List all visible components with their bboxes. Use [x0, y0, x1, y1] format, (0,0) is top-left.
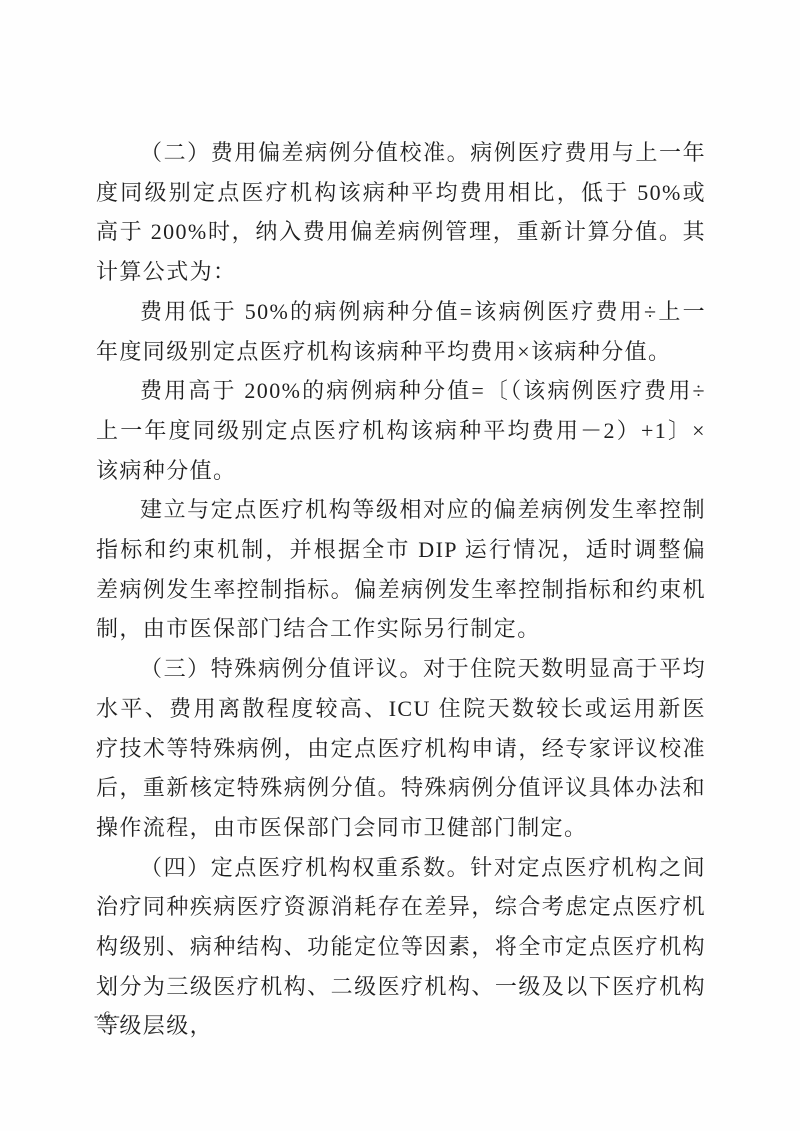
paragraph-deviation-rate-control: 建立与定点医疗机构等级相对应的偏差病例发生率控制指标和约束机制，并根据全市 DI…	[96, 490, 706, 649]
page-number: - 6 -	[94, 1008, 121, 1024]
document-page: （二）费用偏差病例分值校准。病例医疗费用与上一年度同级别定点医疗机构该病种平均费…	[0, 0, 800, 1131]
paragraph-special-case-review: （三）特殊病例分值评议。对于住院天数明显高于平均水平、费用离散程度较高、ICU …	[96, 649, 706, 848]
paragraph-formula-above-200pct: 费用高于 200%的病例病种分值=〔（该病例医疗费用÷上一年度同级别定点医疗机构…	[96, 371, 706, 490]
document-body: （二）费用偏差病例分值校准。病例医疗费用与上一年度同级别定点医疗机构该病种平均费…	[96, 133, 706, 1046]
paragraph-fee-deviation-calibration: （二）费用偏差病例分值校准。病例医疗费用与上一年度同级别定点医疗机构该病种平均费…	[96, 133, 706, 292]
paragraph-institution-weight-coefficient: （四）定点医疗机构权重系数。针对定点医疗机构之间治疗同种疾病医疗资源消耗存在差异…	[96, 848, 706, 1047]
paragraph-formula-below-50pct: 费用低于 50%的病例病种分值=该病例医疗费用÷上一年度同级别定点医疗机构该病种…	[96, 292, 706, 371]
